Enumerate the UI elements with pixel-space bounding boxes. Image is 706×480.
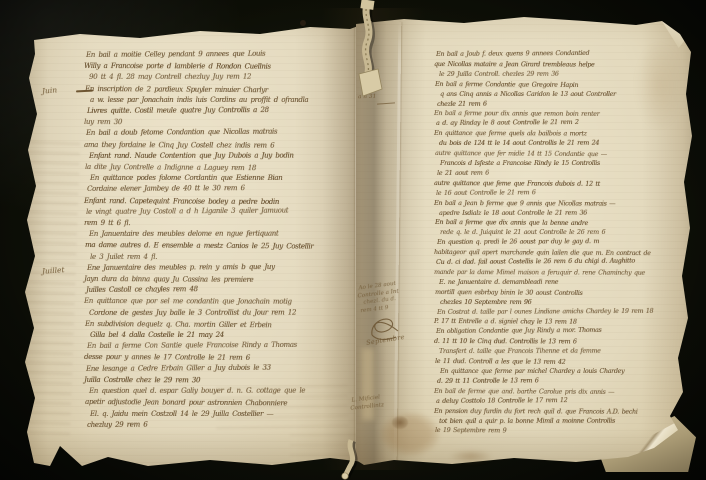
handwriting-line: apedre Isdialz le 18 aout Controlle le 2… bbox=[439, 208, 694, 218]
handwriting-line: le vingt quatre Juy Costoll a d h Ligani… bbox=[86, 205, 370, 218]
handwriting-line: Ene lesange a Cedre Erbain Giller a Juy … bbox=[86, 362, 370, 375]
folio-note: a n 31 bbox=[358, 94, 376, 101]
handwriting-line: du bois de 124 tt le 14 aout Controllis … bbox=[439, 139, 694, 149]
page-crease bbox=[394, 22, 402, 462]
handwriting-line: Juilles Castoll ce chayles rem 48 bbox=[86, 283, 370, 296]
ink-speck bbox=[300, 20, 306, 26]
handwriting-line: En question quel d. espar Galiy bouyer d… bbox=[89, 386, 370, 398]
ink-bleedthrough bbox=[290, 434, 360, 460]
left-page: Juin Juillet En bail a moitie Celley pen… bbox=[20, 14, 372, 470]
handwriting-line: Enfant rand. Naude Contention que Juy Du… bbox=[89, 150, 370, 162]
handwriting-line: En Costrat d. taille par l ounes Lindian… bbox=[437, 306, 694, 317]
handwriting-line: En bail a ferme Con Santie quele Francoi… bbox=[87, 340, 370, 353]
handwriting-line: a d. ay Rinday le 8 aout Controlle le 21… bbox=[436, 118, 694, 130]
margin-note-juin: Juin bbox=[42, 85, 58, 95]
handwriting-line: Transfert d. taille que Francois Tihenne… bbox=[439, 347, 694, 357]
handwriting-line: En question q. predi le 26 aoust par duy… bbox=[437, 237, 694, 248]
handwriting-line: d. 29 tt 11 Controlle le 13 rem 6 bbox=[437, 376, 694, 387]
handwriting-line: chezle 21 rem 6 bbox=[437, 98, 694, 109]
left-page-text: En bail a moitie Celley pendant 9 annees… bbox=[84, 50, 370, 431]
handwriting-line: Cordone de gestes Juy balle le 3 Control… bbox=[89, 307, 370, 319]
handwriting-line: tot bien quil a quir p. la bonne Mimil a… bbox=[439, 416, 694, 426]
handwriting-line: a deluy Costtolo 18 Controlle le 17 rem … bbox=[436, 395, 694, 407]
right-page-text: En bail a Joub f. deux quens 9 annees Co… bbox=[434, 50, 694, 436]
handwriting-line: le 21 aout rem 6 bbox=[437, 168, 694, 179]
handwriting-line: En bail a doub fetome Condantion que Nic… bbox=[86, 126, 370, 139]
handwriting-line: Ene Januentaire des meubles p. rein y am… bbox=[87, 261, 370, 274]
clerk-note: L. MificielControllintz bbox=[349, 394, 384, 413]
handwriting-line: Cordaine elener Jambey de 40 tt le 30 re… bbox=[87, 183, 370, 196]
handwriting-line: En bail a moitie Celley pendant 9 annees… bbox=[86, 48, 370, 61]
handwriting-line: 90 tt 4 fl. 28 may Contrell chezluy Juy … bbox=[89, 72, 370, 84]
handwriting-line: le 16 aout Controlle le 21 rem 6 bbox=[436, 187, 694, 199]
handwriting-line: En Januentaire des meubles delome en ngu… bbox=[89, 229, 370, 241]
right-page: En bail a Joub f. deux quens 9 annees Co… bbox=[356, 10, 696, 474]
handwriting-line: chezluy 29 rem 6 bbox=[87, 418, 370, 431]
handwriting-line: E. ne Januentaire d. demambleadi rene bbox=[439, 277, 694, 287]
ink-bleedthrough bbox=[20, 141, 80, 439]
august-margin-note: Ao le 28 aoutControlle a Intchezl. du d.… bbox=[356, 281, 401, 316]
margin-note-juillet: Juillet bbox=[42, 265, 65, 276]
handwriting-line: Cu d. ci dad. fail aoust Costellis le 26… bbox=[436, 256, 694, 268]
handwriting-line: le 29 Juilla Controll. chezles 29 rem 36 bbox=[439, 69, 694, 79]
dogear-corner bbox=[660, 18, 694, 48]
handwriting-line: En bail a Joub f. deux quens 9 annees Co… bbox=[436, 48, 694, 60]
manuscript-photo: Juin Juillet En bail a moitie Celley pen… bbox=[0, 0, 706, 480]
handwriting-line: Livres quitte. Costil meule quatre Juy C… bbox=[87, 105, 370, 118]
handwriting-line: En obligation Condantie que Juy Rindy a … bbox=[436, 326, 694, 338]
